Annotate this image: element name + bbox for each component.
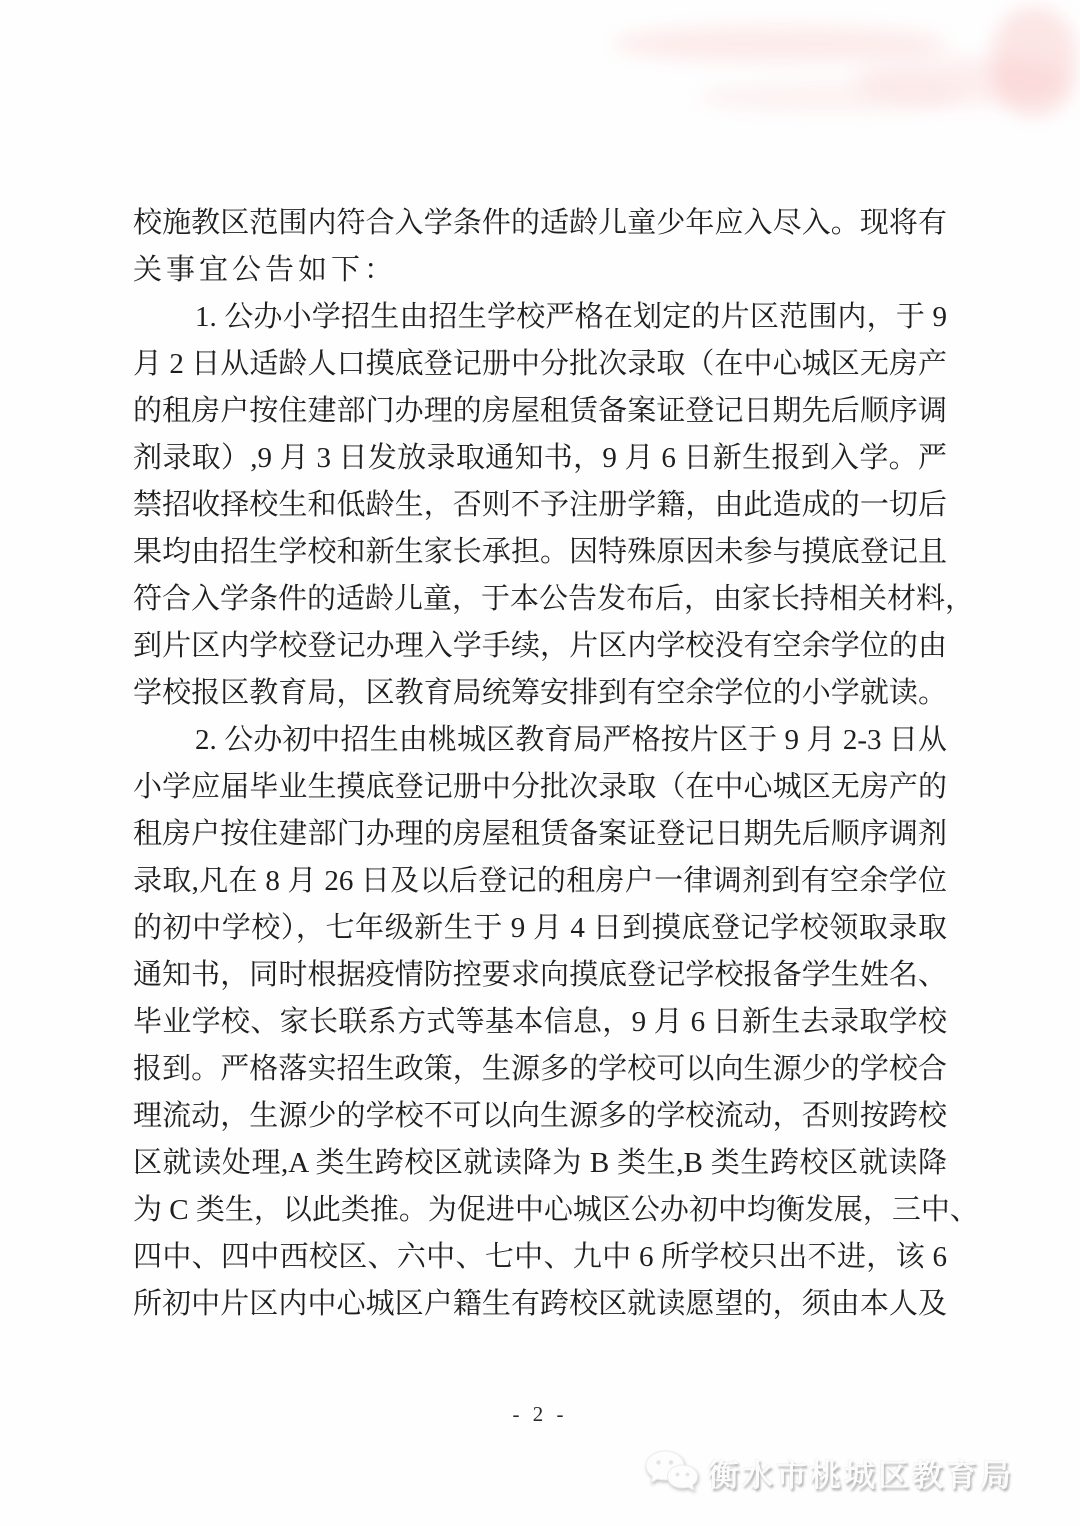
text-line: 所初中片区内中心城区户籍生有跨校区就读愿望的，须由本人及 xyxy=(133,1281,947,1328)
text-line: 关事宜公告如下： xyxy=(133,247,947,294)
text-line: 2. 公办初中招生由桃城区教育局严格按片区于 9 月 2-3 日从 xyxy=(133,717,947,764)
text-line: 区就读处理,A 类生跨校区就读降为 B 类生,B 类生跨校区就读降 xyxy=(133,1140,947,1187)
scan-artifact xyxy=(855,58,1065,104)
text-line: 录取,凡在 8 月 26 日及以后登记的租房户一律调剂到有空余学位 xyxy=(133,858,947,905)
text-line: 果均由招生学校和新生家长承担。因特殊原因未参与摸底登记且 xyxy=(133,529,947,576)
text-line: 理流动，生源少的学校不可以向生源多的学校流动，否则按跨校 xyxy=(133,1093,947,1140)
text-line: 月 2 日从适龄人口摸底登记册中分批次录取（在中心城区无房产 xyxy=(133,341,947,388)
watermark: 衡水市桃城区教育局 xyxy=(644,1448,1014,1496)
text-line: 为 C 类生，以此类推。为促进中心城区公办初中均衡发展，三中、 xyxy=(133,1187,947,1234)
document-page: 校施教区范围内符合入学条件的适龄儿童少年应入尽入。现将有关事宜公告如下：1. 公… xyxy=(0,0,1080,1526)
scan-artifact xyxy=(615,26,945,62)
text-line: 毕业学校、家长联系方式等基本信息，9 月 6 日新生去录取学校 xyxy=(133,999,947,1046)
watermark-label: 衡水市桃城区教育局 xyxy=(708,1450,1014,1495)
text-line: 报到。严格落实招生政策，生源多的学校可以向生源少的学校合 xyxy=(133,1046,947,1093)
text-line: 通知书，同时根据疫情防控要求向摸底登记学校报备学生姓名、 xyxy=(133,952,947,999)
text-line: 的初中学校），七年级新生于 9 月 4 日到摸底登记学校领取录取 xyxy=(133,905,947,952)
document-body: 校施教区范围内符合入学条件的适龄儿童少年应入尽入。现将有关事宜公告如下：1. 公… xyxy=(133,200,947,1328)
text-line: 剂录取）,9 月 3 日发放录取通知书，9 月 6 日新生报到入学。严 xyxy=(133,435,947,482)
text-line: 1. 公办小学招生由招生学校严格在划定的片区范围内，于 9 xyxy=(133,294,947,341)
scan-artifact xyxy=(700,82,960,112)
text-line: 学校报区教育局，区教育局统筹安排到有空余学位的小学就读。 xyxy=(133,670,947,717)
text-line: 符合入学条件的适龄儿童，于本公告发布后，由家长持相关材料， xyxy=(133,576,947,623)
text-line: 租房户按住建部门办理的房屋租赁备案证登记日期先后顺序调剂 xyxy=(133,811,947,858)
text-line: 四中、四中西校区、六中、七中、九中 6 所学校只出不进，该 6 xyxy=(133,1234,947,1281)
wechat-icon xyxy=(644,1448,700,1496)
text-line: 校施教区范围内符合入学条件的适龄儿童少年应入尽入。现将有 xyxy=(133,200,947,247)
text-line: 小学应届毕业生摸底登记册中分批次录取（在中心城区无房产的 xyxy=(133,764,947,811)
text-line: 的租房户按住建部门办理的房屋租赁备案证登记日期先后顺序调 xyxy=(133,388,947,435)
text-line: 到片区内学校登记办理入学手续，片区内学校没有空余学位的由 xyxy=(133,623,947,670)
page-number: - 2 - xyxy=(0,1402,1080,1427)
scan-artifact xyxy=(992,8,1076,116)
text-line: 禁招收择校生和低龄生，否则不予注册学籍，由此造成的一切后 xyxy=(133,482,947,529)
